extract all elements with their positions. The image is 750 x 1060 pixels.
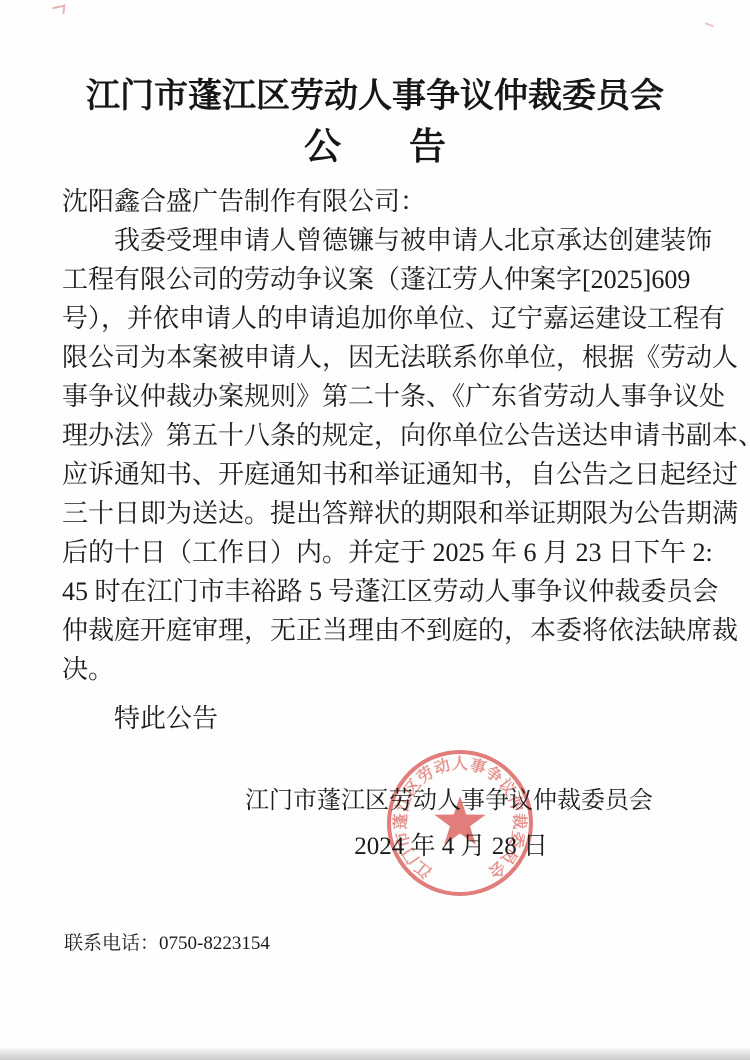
closing-phrase: 特此公告 — [62, 699, 688, 738]
body-line: 45 时在江门市丰裕路 5 号蓬江区劳动人事争议仲裁委员会 — [62, 572, 688, 611]
contact-phone: 联系电话：0750-8223154 — [64, 930, 270, 958]
notice-heading-char-left: 公 — [304, 124, 341, 172]
body-line: 工程有限公司的劳动争议案（蓬江劳人仲案字[2025]609 — [62, 260, 688, 299]
body-line: 号），并依申请人的申请追加你单位、辽宁嘉运建设工程有 — [62, 299, 688, 338]
issue-date: 2024 年 4 月 28 日 — [62, 827, 688, 866]
corner-ink-artifact — [52, 4, 66, 16]
scan-edge-shadow — [0, 1047, 750, 1060]
notice-document: 江门市蓬江区劳动人事争议仲裁委员会 公 告 沈阳鑫合盛广告制作有限公司： 我委受… — [0, 0, 750, 1060]
corner-ink-artifact — [705, 17, 716, 28]
body-line: 理办法》第五十八条的规定，向你单位公告送达申请书副本、 — [62, 416, 688, 455]
document-title: 江门市蓬江区劳动人事争议仲裁委员会 — [62, 72, 688, 122]
body-line: 仲裁庭开庭审理，无正当理由不到庭的，本委将依法缺席裁 — [62, 611, 688, 650]
notice-heading-char-right: 告 — [409, 124, 446, 172]
body-line: 应诉通知书、开庭通知书和举证通知书，自公告之日起经过 — [62, 455, 688, 494]
body-line: 决。 — [62, 650, 688, 689]
recipient-salutation: 沈阳鑫合盛广告制作有限公司： — [62, 182, 688, 221]
body-line: 三十日即为送达。提出答辩状的期限和举证期限为公告期满 — [62, 494, 688, 533]
document-content: 江门市蓬江区劳动人事争议仲裁委员会 公 告 沈阳鑫合盛广告制作有限公司： 我委受… — [0, 72, 750, 866]
body-line: 后的十日（工作日）内。并定于 2025 年 6 月 23 日下午 2: — [62, 533, 688, 572]
body-line: 限公司为本案被申请人，因无法联系你单位，根据《劳动人 — [62, 338, 688, 377]
body-line: 我委受理申请人曾德镰与被申请人北京承达创建装饰 — [62, 221, 688, 260]
official-red-seal: 江门市蓬江区劳动人事争议仲裁委员会 — [378, 741, 542, 905]
issuer-signature: 江门市蓬江区劳动人事争议仲裁委员会 — [62, 782, 688, 821]
notice-body: 我委受理申请人曾德镰与被申请人北京承达创建装饰 工程有限公司的劳动争议案（蓬江劳… — [62, 221, 688, 689]
notice-heading: 公 告 — [62, 124, 688, 172]
body-line: 事争议仲裁办案规则》第二十条、《广东省劳动人事争议处 — [62, 377, 688, 416]
